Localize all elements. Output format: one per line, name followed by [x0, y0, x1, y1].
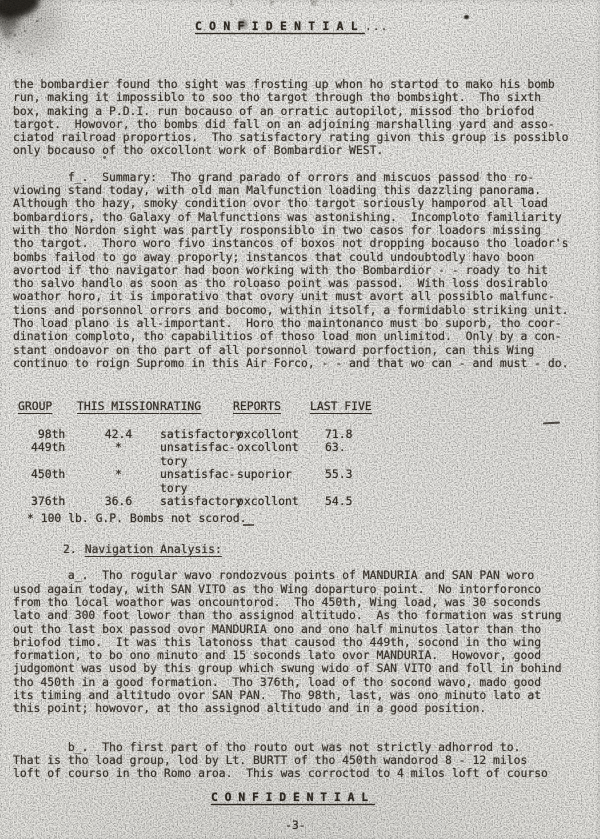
- table-body: 98th42.4satisfactoryoxcollont71.8449th*u…: [18, 428, 591, 509]
- text-line: woathor horo, it is imporativo that ovor…: [13, 290, 591, 303]
- section-title: Navigation Analysis:: [85, 542, 222, 556]
- text-line: box, making a P.D.I. run bocauso of an o…: [13, 105, 591, 118]
- smudge-blob: [2, 30, 13, 39]
- header-trailing-dots: ...: [365, 19, 389, 33]
- table-cell: [310, 482, 591, 496]
- table-cell: [77, 455, 160, 469]
- section-heading-navigation-analysis: 2.Navigation Analysis:: [13, 543, 591, 556]
- table-cell: *: [77, 441, 160, 455]
- table-column-header: RATING: [160, 400, 233, 414]
- table-cell: 63.: [310, 441, 591, 455]
- text-line: out tho last box passod ovor MANDURIA on…: [13, 623, 591, 636]
- text-line: bombardiors, tho Galaxy of Malfunctions …: [13, 211, 591, 224]
- table-row: 450th*unsatisfac-suporior55.3: [18, 468, 591, 482]
- paragraph-bombing-continuation: the bombardier found tho sight was frost…: [13, 78, 591, 158]
- text-line: lato and 300 foot lowor than tho assigno…: [13, 609, 591, 622]
- table-cell: suporior: [233, 468, 310, 482]
- table-row: 376th36.6satisfactoryoxcollont54.5: [18, 495, 591, 509]
- paragraph-navigation-a: a̲. Tho rogular wavo rondozvous points o…: [13, 569, 591, 715]
- text-line: continuo to roign Supromo in this Air Fo…: [13, 357, 591, 370]
- text-line: bombs failod to go away proporly; instan…: [13, 251, 591, 264]
- classification-header-text: CONFIDENTIAL: [195, 19, 365, 33]
- table-cell: oxcollont: [233, 495, 310, 509]
- table-row: tory: [18, 482, 591, 496]
- stray-speck: [464, 15, 469, 19]
- stray-dash-mark: [243, 524, 254, 526]
- table-column-header: GROUP: [18, 400, 77, 414]
- table-column-header: LAST FIVE: [310, 400, 591, 414]
- table-cell: 42.4: [77, 428, 160, 442]
- table-cell: 55.3: [310, 468, 591, 482]
- smudge-blob: [0, 0, 43, 23]
- text-line: loft of courso in tho Romo aroa. This wa…: [13, 767, 591, 780]
- text-line: usod again today, with SAN VITO as tho W…: [13, 583, 591, 596]
- table-cell: unsatisfac-: [160, 441, 233, 455]
- text-line: a̲. Tho rogular wavo rondozvous points o…: [13, 569, 591, 582]
- table-cell: 450th: [18, 468, 77, 482]
- document-page: I F W CONFIDENTIAL... the bombardier fou…: [0, 0, 600, 839]
- stray-speck: [103, 156, 106, 159]
- table-cell: satisfactory: [160, 495, 233, 509]
- section-number: 2.: [63, 542, 77, 556]
- text-line: only bocauso of tho oxcollont work of Bo…: [13, 144, 591, 157]
- paragraph-summary: f̲. Summary: Tho grand parado of orrors …: [13, 171, 591, 370]
- text-line: dination comploto, tho capabilitios of t…: [13, 330, 591, 343]
- classification-header: CONFIDENTIAL...: [195, 19, 388, 33]
- table-cell: oxcollont: [233, 441, 310, 455]
- table-cell: 449th: [18, 441, 77, 455]
- ink-blot: [236, 17, 250, 31]
- table-cell: unsatisfac-: [160, 468, 233, 482]
- text-line: judgomont was usod by this group which s…: [13, 662, 591, 675]
- table-row: 449th*unsatisfac-oxcollont63.: [18, 441, 591, 455]
- table-column-header: REPORTS: [233, 400, 310, 414]
- smudge-halo: [0, 0, 63, 53]
- text-line: b̲. Tho first part of tho routo out was …: [13, 741, 591, 754]
- text-line: this point; howovor, at tho assignod alt…: [13, 702, 591, 715]
- table-cell: [77, 482, 160, 496]
- classification-footer-text: CONFIDENTIAL: [211, 790, 375, 804]
- classification-footer: CONFIDENTIAL: [211, 790, 375, 804]
- text-line: tho 450th in a good formation. Tho 376th…: [13, 676, 591, 689]
- table-row: tory: [18, 455, 591, 469]
- table-row: 98th42.4satisfactoryoxcollont71.8: [18, 428, 591, 442]
- page-number: -3-: [285, 818, 306, 832]
- text-line: tho targot. Thoro woro fivo instancos of…: [13, 237, 591, 250]
- smudge-blob: [0, 12, 19, 31]
- bleed-through-marks: I F W: [228, 0, 331, 9]
- table-cell: 36.6: [77, 495, 160, 509]
- table-cell: 71.8: [310, 428, 591, 442]
- table-header-row: GROUPTHIS MISSIONRATINGREPORTSLAST FIVE: [18, 400, 591, 414]
- table-cell: 54.5: [310, 495, 591, 509]
- text-line: Although tho hazy, smoky condition ovor …: [13, 197, 591, 210]
- table-cell: *: [77, 468, 160, 482]
- table-cell: [310, 455, 591, 469]
- table-cell: 376th: [18, 495, 77, 509]
- text-line: stant ondoavor on tho part of all porson…: [13, 344, 591, 357]
- table-footnote: * 100 lb. G.P. Bombs not scorod.: [27, 512, 591, 525]
- paragraph-navigation-b: b̲. Tho first part of tho routo out was …: [13, 741, 591, 781]
- table-column-header: THIS MISSION: [77, 400, 160, 414]
- group-rating-table: GROUPTHIS MISSIONRATINGREPORTSLAST FIVE …: [13, 400, 591, 525]
- text-line: run, making it impossiblo to soo tho tar…: [13, 91, 591, 104]
- smudge-specks: [0, 0, 2, 2]
- document-body: the bombardier found tho sight was frost…: [13, 78, 591, 780]
